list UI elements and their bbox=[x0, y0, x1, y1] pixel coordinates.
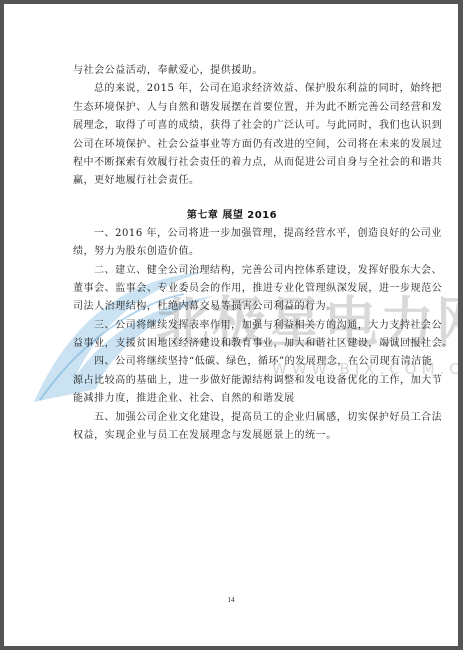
paragraph-item-4: 四、公司将继续坚持“低碳、绿色，循环”的发展理念，在公司现有清洁能 源占比较高的… bbox=[73, 353, 391, 408]
text-line: 展理念，取得了可喜的成绩，获得了社会的广泛认可。与此同时，我们也认识到 bbox=[73, 117, 391, 135]
text-line: 一、2016 年，公司将进一步加强管理，提高经营水平，创造良好的公司业 bbox=[73, 225, 391, 243]
text-line: 程中不断探索有效履行社会责任的着力点，从而促进公司自身与全社会的和谐共 bbox=[73, 154, 391, 172]
text-line: 司法人治理结构，杜绝内幕交易等损害公司利益的行为。 bbox=[73, 298, 391, 316]
text-line: 生态环境保护、人与自然和谐发展摆在首要位置，并为此不断完善公司经营和发 bbox=[73, 99, 391, 117]
document-page: 北极星电力网 WWW.BJX.COM.CN 与社会公益活动，奉献爱心，提供援助。… bbox=[4, 4, 458, 646]
text-line: 董事会、监事会、专业委员会的作用，推进专业化管理纵深发展，进一步规范公 bbox=[73, 280, 391, 298]
text-line: 四、公司将继续坚持“低碳、绿色，循环”的发展理念，在公司现有清洁能 bbox=[73, 353, 391, 371]
paragraph-item-5: 五、加强公司企业文化建设，提高员工的企业归属感，切实保护好员工合法 权益，实现企… bbox=[73, 409, 391, 446]
paragraph-item-1: 一、2016 年，公司将进一步加强管理，提高经营水平，创造良好的公司业 绩，努力… bbox=[73, 225, 391, 262]
text-line: 绩，努力为股东创造价值。 bbox=[73, 243, 391, 261]
text-line: 五、加强公司企业文化建设，提高员工的企业归属感，切实保护好员工合法 bbox=[73, 409, 391, 427]
text-line: 能减排力度，推进企业、社会、自然的和谐发展 bbox=[73, 390, 391, 408]
text-line: 总的来说，2015 年，公司在追求经济效益、保护股东利益的同时，始终把 bbox=[73, 80, 391, 98]
document-body: 与社会公益活动，奉献爱心，提供援助。 总的来说，2015 年，公司在追求经济效益… bbox=[73, 62, 391, 445]
paragraph-item-3: 三、公司将继续发挥表率作用，加强与利益相关方的沟通，大力支持社会公 益事业，支援… bbox=[73, 317, 391, 354]
paragraph-continuation: 与社会公益活动，奉献爱心，提供援助。 bbox=[73, 62, 391, 80]
text-line: 益事业，支援贫困地区经济建设和教育事业，加大和谐社区建设，竭诚回报社会。 bbox=[73, 335, 391, 353]
chapter-heading: 第七章 展望 2016 bbox=[73, 207, 391, 225]
text-line: 源占比较高的基础上，进一步做好能源结构调整和发电设备优化的工作，加大节 bbox=[73, 372, 391, 390]
text-line: 赢，更好地履行社会责任。 bbox=[73, 172, 391, 190]
text-line: 二、建立、健全公司治理结构，完善公司内控体系建设，发挥好股东大会、 bbox=[73, 262, 391, 280]
text-line: 公司在环境保护、社会公益事业等方面仍有改进的空间，公司将在未来的发展过 bbox=[73, 136, 391, 154]
text-line: 与社会公益活动，奉献爱心，提供援助。 bbox=[73, 62, 391, 80]
paragraph-summary: 总的来说，2015 年，公司在追求经济效益、保护股东利益的同时，始终把 生态环境… bbox=[73, 80, 391, 190]
page-number: 14 bbox=[4, 596, 458, 604]
paragraph-item-2: 二、建立、健全公司治理结构，完善公司内控体系建设，发挥好股东大会、 董事会、监事… bbox=[73, 262, 391, 317]
text-line: 权益，实现企业与员工在发展理念与发展愿景上的统一。 bbox=[73, 427, 391, 445]
text-line: 三、公司将继续发挥表率作用，加强与利益相关方的沟通，大力支持社会公 bbox=[73, 317, 391, 335]
